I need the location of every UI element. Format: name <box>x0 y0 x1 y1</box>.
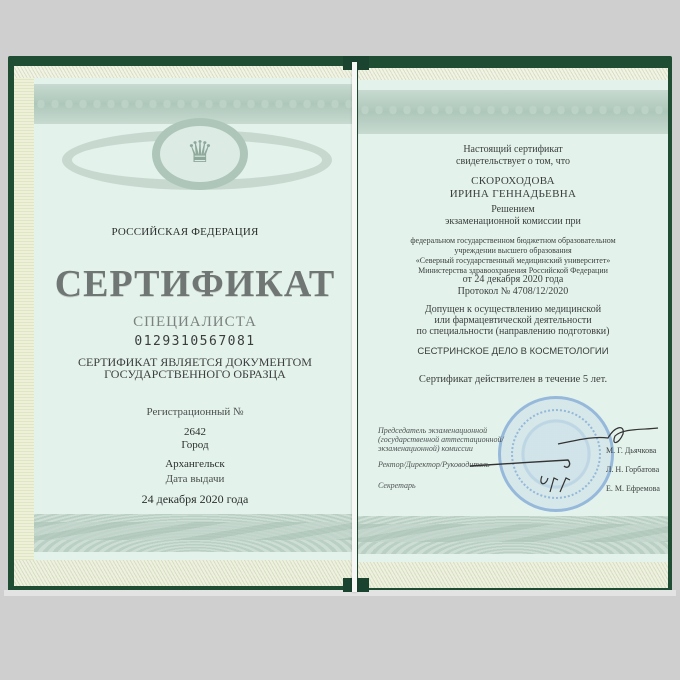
top-edge-texture <box>14 66 356 78</box>
city-label: Город <box>34 439 356 451</box>
bookmark-ribbon <box>352 62 357 592</box>
decision-date-line: от 24 декабря 2020 года <box>358 274 668 286</box>
decision-text: Решением экзаменационной комиссии при <box>358 204 668 228</box>
intro-line: свидетельствует о том, что <box>358 156 668 168</box>
right-page: Настоящий сертификат свидетельствует о т… <box>358 68 668 588</box>
page-edge-texture <box>14 66 34 586</box>
intro-line: Настоящий сертификат <box>358 144 668 156</box>
bottom-edge-texture <box>358 562 668 588</box>
decision-line: Решением <box>358 204 668 216</box>
admission-line: или фармацевтической деятельности <box>358 315 668 326</box>
signatory-name-rector: Л. Н. Горбатова <box>606 465 659 474</box>
rector-signature-icon <box>468 454 578 474</box>
issue-date: 24 декабря 2020 года <box>34 492 356 507</box>
signatory-role-chair: Председатель экзаменационной (государств… <box>378 426 504 453</box>
secretary-signature-icon <box>536 472 576 498</box>
protocol-number: Протокол № 4708/12/2020 <box>358 286 668 298</box>
admission-line: по специальности (направлению подготовки… <box>358 326 668 337</box>
organization-text: федеральном государственном бюджетном об… <box>358 236 668 276</box>
admission-line: Допущен к осуществлению медицинской <box>358 304 668 315</box>
statement-line: ГОСУДАРСТВЕННОГО ОБРАЗЦА <box>34 368 356 380</box>
certificate-title: СЕРТИФИКАТ <box>34 262 356 306</box>
role-line: (государственной аттестационной/ <box>378 435 504 444</box>
org-line: учреждении высшего образования <box>358 246 668 256</box>
top-edge-texture <box>358 68 668 80</box>
holder-name: СКОРОХОДОВА ИРИНА ГЕННАДЬЕВНА <box>358 175 668 201</box>
country-label: РОССИЙСКАЯ ФЕДЕРАЦИЯ <box>14 226 356 238</box>
bottom-guilloche <box>34 514 356 552</box>
certificate-number: 0129310567081 <box>34 334 356 349</box>
certificate-subtitle: СПЕЦИАЛИСТА <box>34 314 356 331</box>
holder-surname: СКОРОХОДОВА <box>358 175 668 188</box>
emblem-frame: ♛ <box>52 110 342 200</box>
signatory-role-secretary: Секретарь <box>378 481 416 490</box>
org-line: «Северный государственный медицинский ун… <box>358 256 668 266</box>
admission-text: Допущен к осуществлению медицинской или … <box>358 304 668 337</box>
registration-number: 2642 <box>34 426 356 438</box>
intro-text: Настоящий сертификат свидетельствует о т… <box>358 144 668 168</box>
bottom-guilloche <box>358 516 668 554</box>
cover-edge <box>4 590 676 596</box>
bottom-edge-texture <box>14 560 356 586</box>
guilloche-band <box>358 90 668 134</box>
coat-of-arms-icon: ♛ <box>185 132 215 174</box>
org-line: федеральном государственном бюджетном об… <box>358 236 668 246</box>
decision-date: от 24 декабря 2020 года Протокол № 4708/… <box>358 274 668 298</box>
decision-line: экзаменационной комиссии при <box>358 216 668 228</box>
left-page: ♛ РОССИЙСКАЯ ФЕДЕРАЦИЯ СЕРТИФИКАТ СПЕЦИА… <box>14 66 356 586</box>
role-line: экзаменационной) комиссии <box>378 444 504 453</box>
validity-text: Сертификат действителен в течение 5 лет. <box>358 374 668 385</box>
role-line: Председатель экзаменационной <box>378 426 504 435</box>
holder-given-names: ИРИНА ГЕННАДЬЕВНА <box>358 188 668 201</box>
issue-date-label: Дата выдачи <box>34 473 356 485</box>
chair-signature-icon <box>553 422 663 452</box>
registration-label: Регистрационный № <box>34 406 356 418</box>
specialty: СЕСТРИНСКОЕ ДЕЛО В КОСМЕТОЛОГИИ <box>358 346 668 357</box>
state-document-statement: СЕРТИФИКАТ ЯВЛЯЕТСЯ ДОКУМЕНТОМ ГОСУДАРСТ… <box>34 356 356 380</box>
signatory-name-secretary: Е. М. Ефремова <box>606 484 660 493</box>
city-value: Архангельск <box>34 458 356 470</box>
